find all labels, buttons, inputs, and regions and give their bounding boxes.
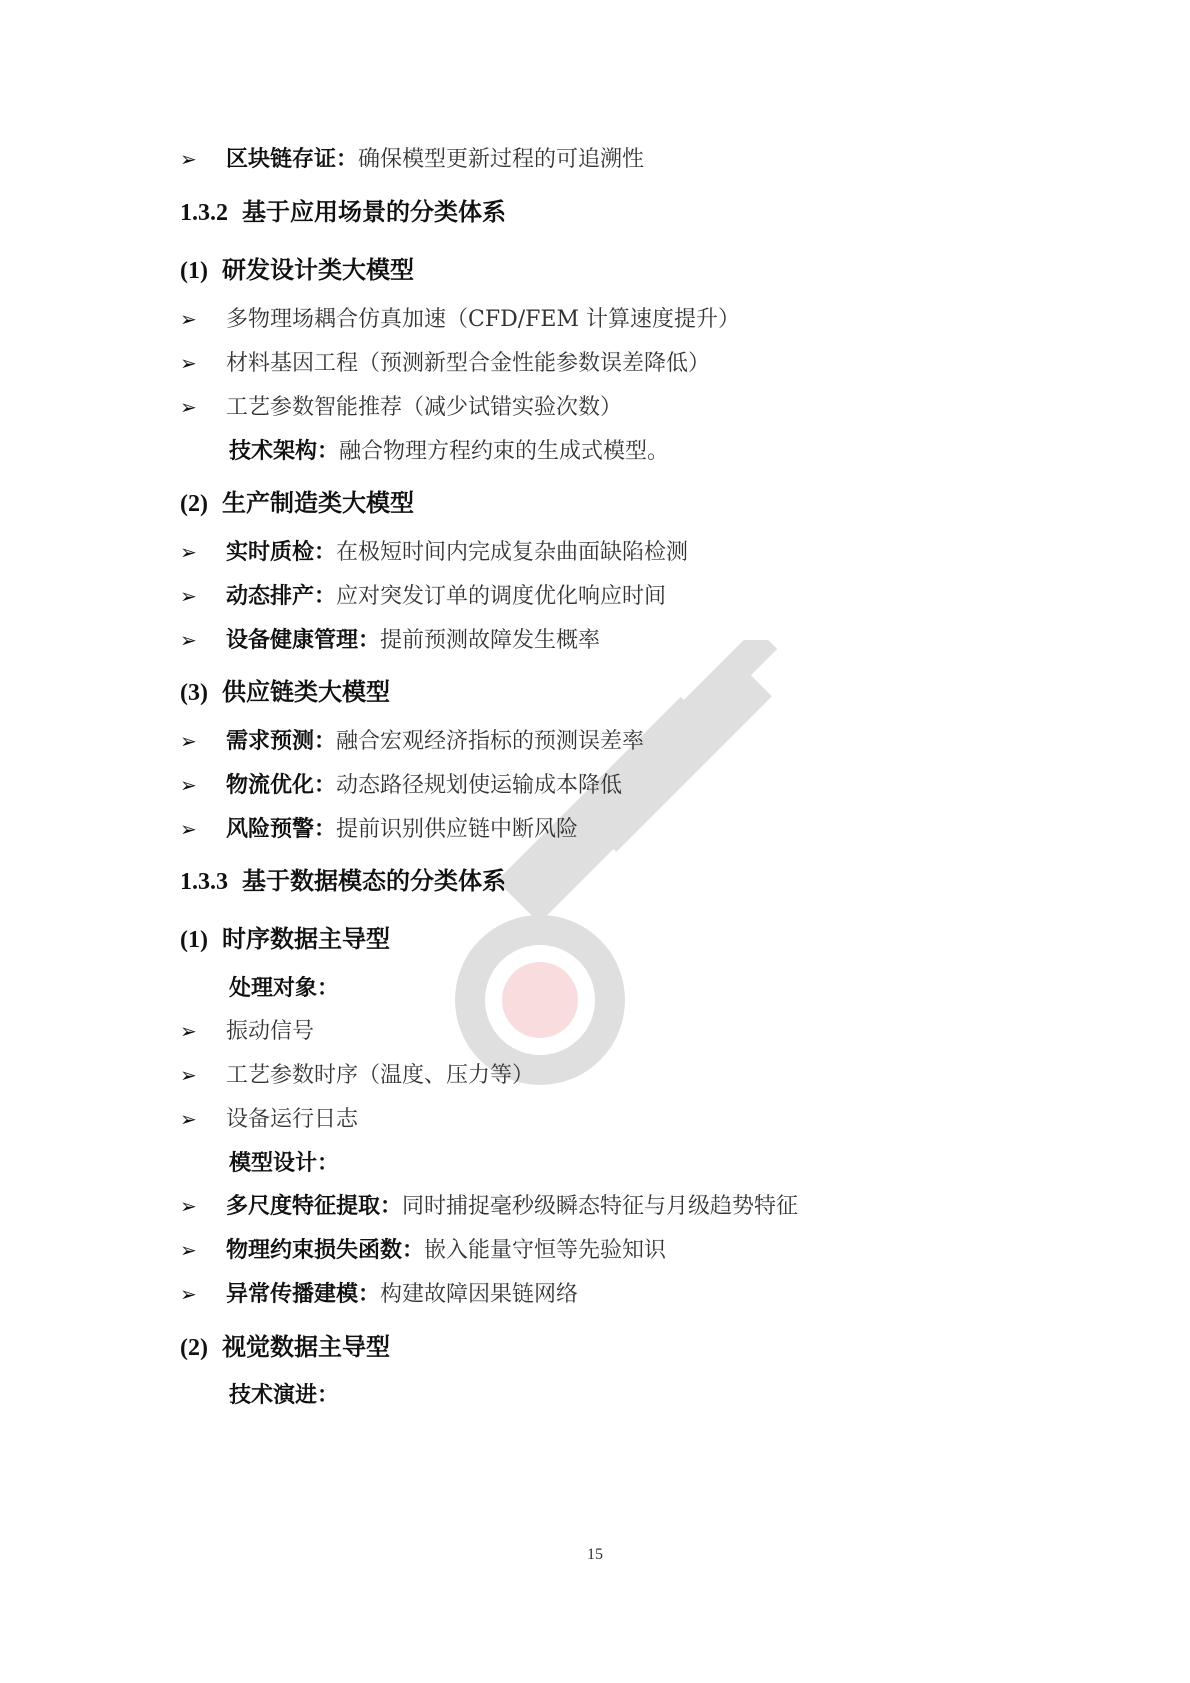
bullet-item: ➢物流优化：动态路径规划使运输成本降低 xyxy=(180,768,622,799)
bullet-item: ➢多物理场耦合仿真加速（CFD/FEM 计算速度提升） xyxy=(180,302,740,333)
page-number: 15 xyxy=(0,1546,1190,1564)
bullet-arrow-icon: ➢ xyxy=(180,1019,226,1043)
bullet-item: ➢设备运行日志 xyxy=(180,1102,358,1133)
subsection-heading: (1)时序数据主导型 xyxy=(180,919,390,954)
bullet-item: ➢设备健康管理：提前预测故障发生概率 xyxy=(180,623,600,654)
bullet-item: ➢实时质检：在极短时间内完成复杂曲面缺陷检测 xyxy=(180,535,688,566)
bullet-arrow-icon: ➢ xyxy=(180,147,226,171)
paragraph: 技术架构：融合物理方程约束的生成式模型。 xyxy=(229,434,669,465)
bullet-arrow-icon: ➢ xyxy=(180,1107,226,1131)
section-heading-1-3-3: 1.3.3基于数据模态的分类体系 xyxy=(180,861,506,896)
bullet-arrow-icon: ➢ xyxy=(180,351,226,375)
bullet-arrow-icon: ➢ xyxy=(180,1063,226,1087)
section-heading-1-3-2: 1.3.2基于应用场景的分类体系 xyxy=(180,192,506,227)
bullet-arrow-icon: ➢ xyxy=(180,1282,226,1306)
subsection-heading: (2)生产制造类大模型 xyxy=(180,483,414,518)
bullet-item: ➢物理约束损失函数：嵌入能量守恒等先验知识 xyxy=(180,1233,666,1264)
bullet-arrow-icon: ➢ xyxy=(180,817,226,841)
bullet-arrow-icon: ➢ xyxy=(180,1238,226,1262)
bullet-item: ➢材料基因工程（预测新型合金性能参数误差降低） xyxy=(180,346,710,377)
subsection-heading: (2)视觉数据主导型 xyxy=(180,1327,390,1362)
bullet-arrow-icon: ➢ xyxy=(180,628,226,652)
bullet-arrow-icon: ➢ xyxy=(180,584,226,608)
bullet-item: ➢异常传播建模：构建故障因果链网络 xyxy=(180,1277,578,1308)
bullet-item: ➢工艺参数智能推荐（减少试错实验次数） xyxy=(180,390,622,421)
bullet-item: ➢多尺度特征提取：同时捕捉毫秒级瞬态特征与月级趋势特征 xyxy=(180,1189,798,1220)
bullet-arrow-icon: ➢ xyxy=(180,395,226,419)
document-page: ➢区块链存证：确保模型更新过程的可追溯性 1.3.2基于应用场景的分类体系 (1… xyxy=(0,0,1190,1683)
paragraph: 处理对象： xyxy=(229,971,339,1002)
bullet-arrow-icon: ➢ xyxy=(180,773,226,797)
bullet-item: ➢风险预警：提前识别供应链中断风险 xyxy=(180,812,578,843)
paragraph: 模型设计： xyxy=(229,1146,339,1177)
bullet-item: ➢振动信号 xyxy=(180,1014,314,1045)
paragraph: 技术演进： xyxy=(229,1378,339,1409)
subsection-heading: (3)供应链类大模型 xyxy=(180,672,390,707)
bullet-arrow-icon: ➢ xyxy=(180,1194,226,1218)
bullet-item: ➢需求预测：融合宏观经济指标的预测误差率 xyxy=(180,724,644,755)
bullet-item: ➢工艺参数时序（温度、压力等） xyxy=(180,1058,534,1089)
bullet-item: ➢动态排产：应对突发订单的调度优化响应时间 xyxy=(180,579,666,610)
bullet-arrow-icon: ➢ xyxy=(180,307,226,331)
subsection-heading: (1)研发设计类大模型 xyxy=(180,250,414,285)
bullet-item: ➢区块链存证：确保模型更新过程的可追溯性 xyxy=(180,142,644,173)
bullet-arrow-icon: ➢ xyxy=(180,540,226,564)
bullet-arrow-icon: ➢ xyxy=(180,729,226,753)
